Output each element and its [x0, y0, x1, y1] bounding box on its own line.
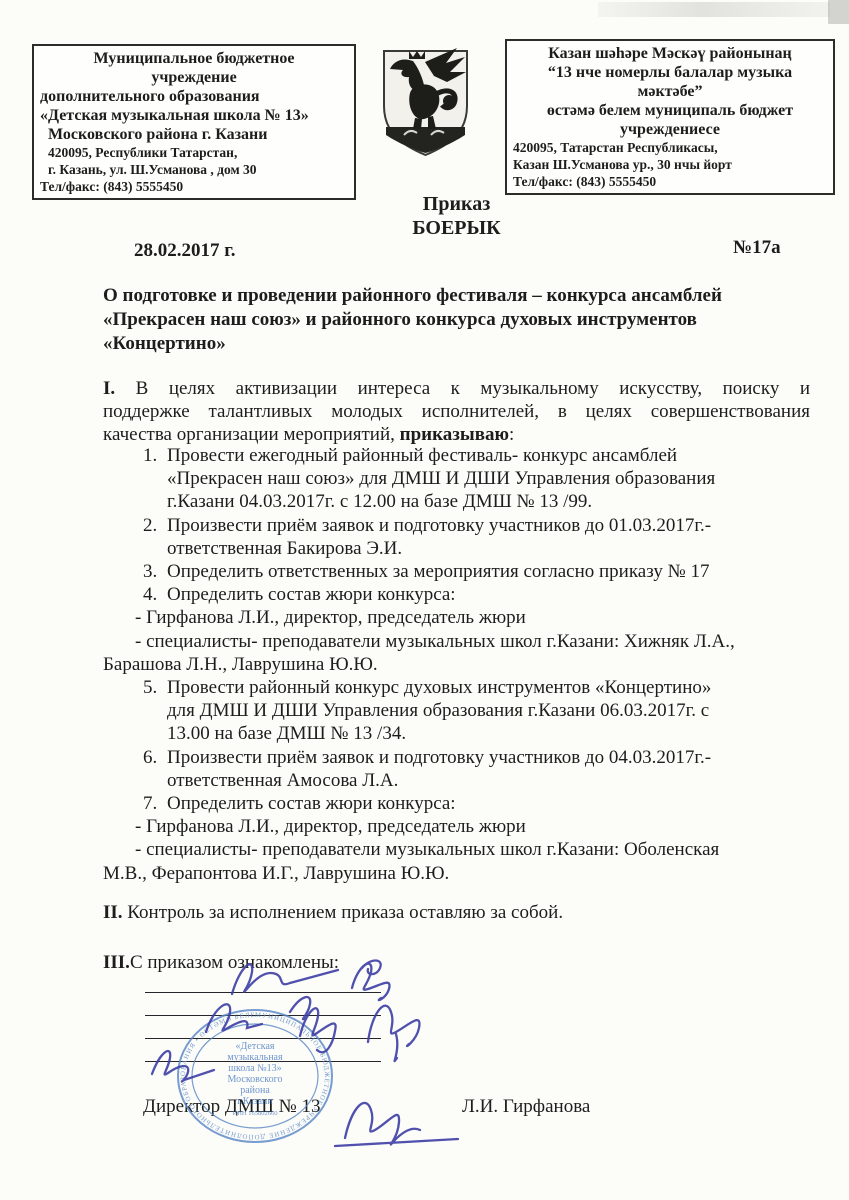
director-name: Л.И. Гирфанова [462, 1096, 590, 1118]
order-item-2: 2.Произвести приём заявок и подготовку у… [103, 514, 812, 537]
document-number: №17а [733, 237, 781, 259]
jury-member-line: - Гирфанова Л.И., директор, председатель… [103, 606, 812, 629]
order-item-2-cont: ответственная Бакирова Э.И. [103, 537, 812, 560]
item-text: Определить состав жюри конкурса: [167, 584, 456, 605]
shield-base [386, 127, 465, 153]
org-line: Казан шәһәре Мәскәү районынаң [513, 44, 827, 63]
order-item-1: 1.Провести ежегодный районный фестиваль-… [103, 444, 812, 467]
section-2-text: Контроль за исполнением приказа оставляю… [123, 902, 564, 923]
order-item-1-cont: г.Казани 04.03.2017г. с 12.00 на базе ДМ… [103, 490, 812, 513]
paragraph-text: : [509, 424, 514, 445]
item-text: Провести ежегодный районный фестиваль- к… [167, 445, 677, 466]
org-line: дополнительного образования [40, 87, 348, 106]
signature-rule-3 [145, 1038, 381, 1039]
org-address-line: 420095, Республики Татарстан, [40, 144, 348, 161]
item-text: Определить ответственных за мероприятия … [167, 561, 709, 582]
order-item-5-cont: 13.00 на базе ДМШ № 13 /34. [103, 722, 812, 745]
org-line: Московского района г. Казани [40, 125, 348, 144]
org-phone-line: Тел/факс: (843) 5555450 [513, 173, 827, 190]
signature-rule-2 [145, 1015, 381, 1016]
director-label: Директор ДМШ № 13 [143, 1096, 321, 1118]
order-item-1-cont: «Прекрасен наш союз» для ДМШ И ДШИ Управ… [103, 467, 812, 490]
item-text: Провести районный конкурс духовых инстру… [167, 677, 711, 698]
jury-member-line-cont: Барашова Л.Н., Лаврушина Ю.Ю. [103, 653, 812, 676]
subject-line: «Прекрасен наш союз» и районного конкурс… [103, 308, 813, 332]
signature-stroke [206, 1004, 262, 1032]
dragon-tail-ball [443, 95, 455, 107]
order-item-7: 7.Определить состав жюри конкурса: [103, 792, 812, 815]
subject-line: «Концертино» [103, 332, 813, 356]
org-address-line: г. Казань, ул. Ш.Усманова , дом 30 [40, 161, 348, 178]
item-number: 5. [143, 676, 157, 699]
org-line: учреждение [40, 68, 348, 87]
org-line: мәктәбе” [513, 82, 827, 101]
paragraph-text: качества организации мероприятий, [103, 424, 400, 445]
handwritten-signatures [130, 940, 560, 1170]
jury-member-line: - специалисты- преподаватели музыкальных… [103, 630, 812, 653]
order-keyword: приказываю [400, 424, 509, 445]
title-tatar: БОЕРЫК [103, 216, 810, 240]
subject-line: О подготовке и проведении районного фест… [103, 284, 813, 308]
section-1-prefix: I. [103, 378, 115, 399]
org-line: учреждениесе [513, 120, 827, 139]
section-3: III.С приказом ознакомлены: [103, 951, 810, 974]
order-item-4: 4.Определить состав жюри конкурса: [103, 583, 812, 606]
scan-noise-corner [828, 0, 849, 24]
letterhead-russian-box: Муниципальное бюджетное учреждение допол… [32, 44, 356, 200]
scanned-order-document: Муниципальное бюджетное учреждение допол… [0, 0, 849, 1200]
org-line: өстәмә белем муниципаль бюджет [513, 101, 827, 120]
item-number: 7. [143, 792, 157, 815]
item-number: 1. [143, 444, 157, 467]
order-item-6-cont: ответственная Амосова Л.А. [103, 769, 812, 792]
item-text: Произвести приём заявок и подготовку уча… [167, 747, 711, 768]
director-signature [345, 1103, 420, 1145]
document-title: Приказ БОЕРЫК [103, 192, 810, 240]
scan-noise-strip [598, 2, 830, 17]
kazan-coat-of-arms [377, 44, 474, 162]
section-2-prefix: II. [103, 902, 123, 923]
signature-stroke [368, 1006, 419, 1046]
order-item-6: 6.Произвести приём заявок и подготовку у… [103, 746, 812, 769]
item-text: Определить состав жюри конкурса: [167, 793, 456, 814]
item-number: 2. [143, 514, 157, 537]
stamp-line: Московского [228, 1074, 283, 1085]
school-round-stamp: МУНИЦИПАЛЬНОЕ БЮДЖЕТНОЕ УЧРЕЖДЕНИЕ ДОПОЛ… [174, 1006, 336, 1146]
title-russian: Приказ [103, 192, 810, 216]
stamp-line: района [240, 1085, 270, 1096]
document-subject: О подготовке и проведении районного фест… [103, 284, 813, 356]
stamp-ring-text: МУНИЦИПАЛЬНОЕ БЮДЖЕТНОЕ УЧРЕЖДЕНИЕ ДОПОЛ… [174, 1006, 330, 1140]
section-3-prefix: III. [103, 952, 130, 973]
org-line: «Детская музыкальная школа № 13» [40, 106, 348, 125]
jury-member-line: - Гирфанова Л.И., директор, председатель… [103, 815, 812, 838]
stamp-line: «Детская [235, 1041, 274, 1052]
order-items-list: 1.Провести ежегодный районный фестиваль-… [103, 444, 812, 885]
org-address-line: 420095, Татарстан Республикасы, [513, 139, 827, 156]
jury-member-line: - специалисты- преподаватели музыкальных… [103, 838, 812, 861]
signature-stroke [395, 1034, 398, 1061]
signature-rule-4 [145, 1061, 381, 1062]
director-signature-underline [335, 1139, 458, 1146]
stamp-outer-ring [178, 1010, 332, 1142]
section-2: II. Контроль за исполнением приказа оста… [103, 901, 810, 924]
item-number: 6. [143, 746, 157, 769]
stamp-line: школа №13» [228, 1063, 281, 1074]
item-number: 4. [143, 583, 157, 606]
paragraph-line: поддержке талантливых молодых исполнител… [103, 400, 810, 423]
order-item-3: 3.Определить ответственных за мероприяти… [103, 560, 812, 583]
document-date: 28.02.2017 г. [134, 240, 236, 262]
paragraph-text: В целях активизации интереса к музыкальн… [115, 378, 810, 399]
order-item-5: 5.Провести районный конкурс духовых инст… [103, 676, 812, 699]
letterhead-tatar-box: Казан шәһәре Мәскәү районынаң “13 нче но… [505, 39, 835, 195]
signature-rule-1 [145, 992, 381, 993]
org-address-line: Казан Ш.Усманова ур., 30 нчы йорт [513, 156, 827, 173]
section-1-paragraph: I. В целях активизации интереса к музыка… [103, 377, 810, 446]
jury-member-line-cont: М.В., Ферапонтова И.Г., Лаврушина Ю.Ю. [103, 862, 812, 885]
org-line: Муниципальное бюджетное [40, 49, 348, 68]
item-number: 3. [143, 560, 157, 583]
paragraph-line: I. В целях активизации интереса к музыка… [103, 377, 810, 400]
org-line: “13 нче номерлы балалар музыка [513, 63, 827, 82]
paragraph-line: качества организации мероприятий, приказ… [103, 423, 810, 446]
signature-stroke [152, 1051, 214, 1082]
item-text: Произвести приём заявок и подготовку уча… [167, 515, 711, 536]
order-item-5-cont: для ДМШ И ДШИ Управления образования г.К… [103, 699, 812, 722]
section-3-text: С приказом ознакомлены: [130, 952, 339, 973]
